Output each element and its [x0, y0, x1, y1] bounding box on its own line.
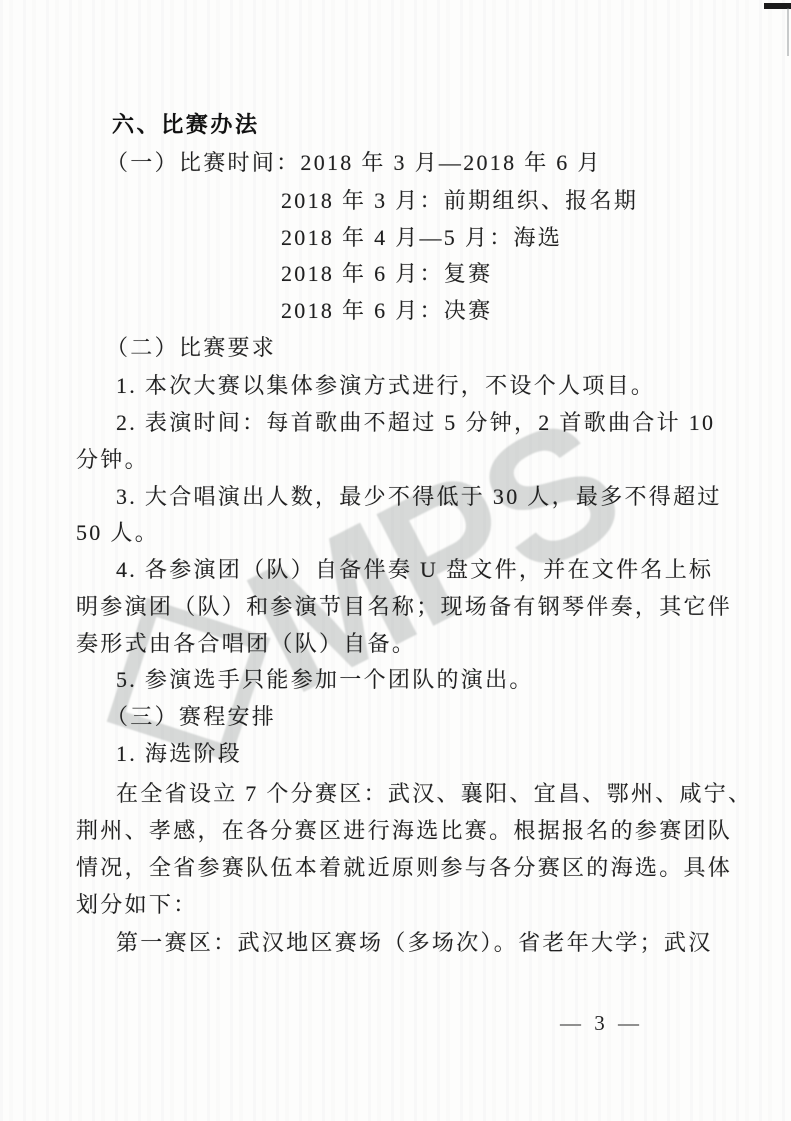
doc-line-schedule-march: 2018 年 3 月：前期组织、报名期 — [281, 187, 638, 215]
doc-line-schedule-april-may: 2018 年 4 月—5 月：海选 — [281, 224, 562, 252]
doc-line-audition-stage: 1. 海选阶段 — [116, 740, 242, 768]
doc-line-item-4-cont-2: 奏形式由各合唱团（队）自备。 — [76, 630, 416, 658]
doc-line-item-5: 5. 参演选手只能参加一个团队的演出。 — [116, 666, 534, 694]
doc-line-item-4: 4. 各参演团（队）自备伴奏 U 盘文件，并在文件名上标 — [116, 556, 713, 584]
doc-line-item-3-cont: 50 人。 — [76, 519, 159, 547]
doc-line-regions-4: 划分如下： — [76, 891, 198, 919]
doc-line-schedule-june-final: 2018 年 6 月：决赛 — [281, 297, 492, 325]
doc-line-regions-3: 情况，全省参赛队伍本着就近原则参与各分赛区的海选。具体 — [76, 854, 732, 882]
doc-line-item-1: 1. 本次大赛以集体参演方式进行，不设个人项目。 — [116, 372, 655, 400]
doc-line-item-4-cont-1: 明参演团（队）和参演节目名称；现场备有钢琴伴奏，其它伴 — [76, 593, 732, 621]
section-heading: 六、比赛办法 — [112, 111, 260, 139]
doc-line-regions-2: 荆州、孝感，在各分赛区进行海选比赛。根据报名的参赛团队 — [76, 817, 732, 845]
scanned-document-page: MPS 六、比赛办法 （一）比赛时间：2018 年 3 月—2018 年 6 月… — [0, 0, 791, 1121]
doc-subheading-schedule: （三）赛程安排 — [106, 703, 276, 731]
doc-line-competition-time: （一）比赛时间：2018 年 3 月—2018 年 6 月 — [106, 149, 602, 177]
scan-artifact-edge-line — [787, 8, 789, 56]
doc-line-item-2: 2. 表演时间：每首歌曲不超过 5 分钟，2 首歌曲合计 10 — [116, 409, 715, 437]
doc-line-regions-1: 在全省设立 7 个分赛区：武汉、襄阳、宜昌、鄂州、咸宁、 — [116, 780, 752, 808]
doc-line-item-3: 3. 大合唱演出人数，最少不得低于 30 人，最多不得超过 — [116, 483, 722, 511]
doc-subheading-requirements: （二）比赛要求 — [106, 334, 276, 362]
doc-line-item-2-cont: 分钟。 — [76, 446, 149, 474]
doc-line-schedule-june-semifinal: 2018 年 6 月：复赛 — [281, 260, 492, 288]
page-number: — 3 — — [560, 1011, 643, 1036]
doc-line-first-zone: 第一赛区：武汉地区赛场（多场次）。省老年大学；武汉 — [116, 929, 713, 957]
